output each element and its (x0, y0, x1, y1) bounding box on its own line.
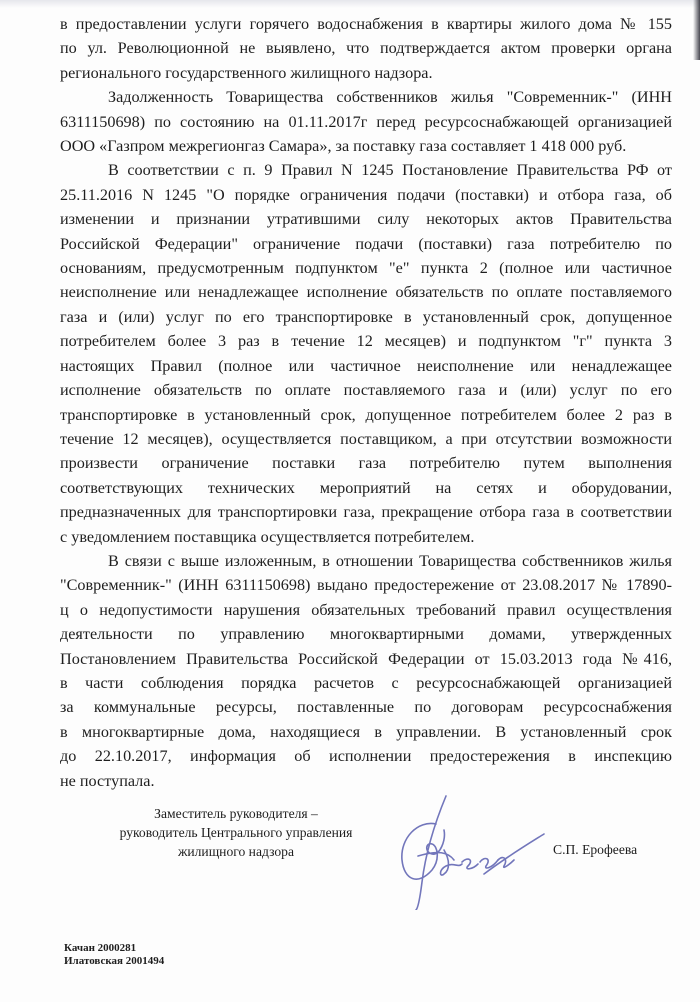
paragraph-hot-water: в предоставлении услуги горячего водосна… (60, 12, 672, 85)
text-line: за коммунальные ресурсы, поставленные по… (60, 695, 672, 719)
paragraph-debt: Задолженность Товарищества собственников… (60, 85, 672, 158)
text-line: В соответствии с п. 9 Правил N 1245 Пост… (60, 158, 672, 182)
text-line: В связи с выше изложенным, в отношении Т… (60, 549, 672, 573)
position-line: Заместитель руководителя – (96, 804, 376, 823)
text-line: Задолженность Товарищества собственников… (60, 85, 672, 109)
text-line: основаниям, предусмотренным подпунктом "… (60, 256, 672, 280)
page-top-shadow (0, 0, 700, 8)
paragraph-warning: В связи с выше изложенным, в отношении Т… (60, 549, 672, 793)
text-line: соответствующих технических мероприятий … (60, 476, 672, 500)
position-line: руководитель Центрального управления (96, 823, 376, 842)
text-line: ц о недопустимости нарушения обязательны… (60, 598, 672, 622)
document-body: в предоставлении услуги горячего водосна… (60, 12, 672, 793)
page-right-edge (693, 0, 700, 60)
text-line: транспортировке в установленный срок, до… (60, 403, 672, 427)
text-line: настоящих Правил (полное или частичное н… (60, 354, 672, 378)
text-line: исполнение обязательств по оплате постав… (60, 378, 672, 402)
text-line: в предоставлении услуги горячего водосна… (60, 12, 672, 36)
text-line: в многоквартирные дома, находящиеся в уп… (60, 720, 672, 744)
text-line: изменении и признании утратившими силу н… (60, 207, 672, 231)
text-line: с уведомлением поставщика осуществляется… (60, 525, 672, 549)
text-line: по ул. Революционной не выявлено, что по… (60, 36, 672, 60)
text-line: Российской Федерации" ограничение подачи… (60, 232, 672, 256)
paragraph-rules: В соответствии с п. 9 Правил N 1245 Пост… (60, 158, 672, 549)
text-line: 25.11.2016 N 1245 "О порядке ограничения… (60, 183, 672, 207)
executors-list: Качан 2000281 Илатовская 2001494 (64, 942, 164, 968)
text-line: 6311150698) по состоянию на 01.11.2017г … (60, 110, 672, 134)
text-line: до 22.10.2017, информация об исполнении … (60, 744, 672, 768)
text-line: регионального государственного жилищного… (60, 61, 672, 85)
text-line: неисполнение или ненадлежащее исполнение… (60, 280, 672, 304)
text-line: течение 12 месяцев), осуществляется пост… (60, 427, 672, 451)
executor-line: Качан 2000281 (64, 942, 164, 955)
signatory-position: Заместитель руководителя – руководитель … (96, 804, 376, 861)
text-line: деятельности по управлению многоквартирн… (60, 622, 672, 646)
text-line: в части соблюдения порядка расчетов с ре… (60, 671, 672, 695)
text-line: не поступала. (60, 769, 672, 793)
executor-line: Илатовская 2001494 (64, 955, 164, 968)
text-line: Постановлением Правительства Российской … (60, 647, 672, 671)
text-line: потребителем более 3 раз в течение 12 ме… (60, 329, 672, 353)
text-line: произвести ограничение поставки газа пот… (60, 451, 672, 475)
text-line: предназначенных для транспортировки газа… (60, 500, 672, 524)
position-line: жилищного надзора (96, 842, 376, 861)
signer-name: С.П. Ерофеева (553, 842, 637, 858)
handwritten-signature-icon (388, 790, 548, 910)
text-line: ООО «Газпром межрегионгаз Самара», за по… (60, 134, 672, 158)
text-line: "Современник-" (ИНН 6311150698) выдано п… (60, 573, 672, 597)
text-line: газа и (или) услуг по его транспортировк… (60, 305, 672, 329)
